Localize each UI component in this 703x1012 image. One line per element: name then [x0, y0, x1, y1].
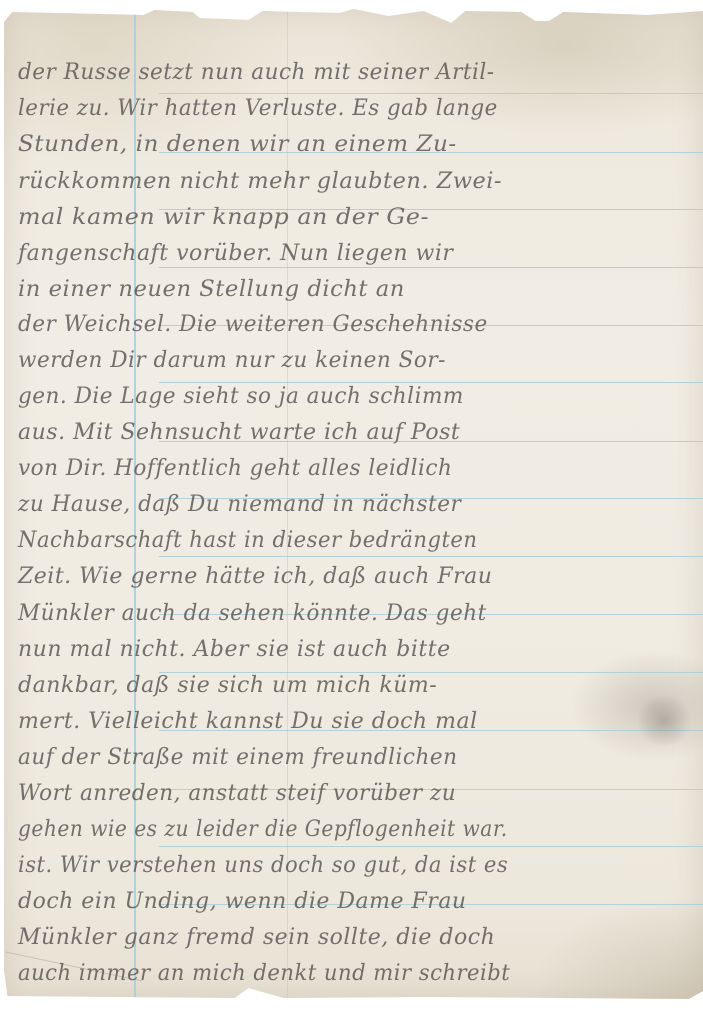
text-line: doch ein Unding, wenn die Dame Frau	[18, 889, 467, 914]
text-line: auch immer an mich denkt und mir schreib…	[18, 961, 510, 986]
text-line: mert. Vielleicht kannst Du sie doch mal	[18, 709, 478, 734]
text-line: auf der Straße mit einem freundlichen	[18, 745, 457, 770]
text-line: werden Dir darum nur zu keinen Sor-	[18, 348, 446, 373]
text-line: Münkler ganz fremd sein sollte, die doch	[18, 925, 495, 950]
text-line: lerie zu. Wir hatten Verluste. Es gab la…	[18, 96, 498, 121]
ruled-line	[159, 556, 703, 557]
text-line: Zeit. Wie gerne hätte ich, daß auch Frau	[18, 564, 492, 589]
text-line: mal kamen wir knapp an der Ge-	[18, 205, 429, 230]
text-line: gehen wie es zu leider die Gepflogenheit…	[18, 817, 508, 842]
text-line: zu Hause, daß Du niemand in nächster	[18, 492, 461, 517]
text-line: Wort anreden, anstatt steif vorüber zu	[18, 781, 456, 806]
text-line: in einer neuen Stellung dicht an	[18, 277, 405, 302]
text-line: Nachbarschaft hast in dieser bedrängten	[18, 528, 477, 553]
text-line: von Dir. Hoffentlich geht alles leidlich	[18, 456, 452, 481]
text-line: der Russe setzt nun auch mit seiner Arti…	[18, 60, 495, 85]
text-line: dankbar, daß sie sich um mich küm-	[18, 673, 437, 698]
text-line: gen. Die Lage sieht so ja auch schlimm	[18, 384, 464, 409]
text-line: Münkler auch da sehen könnte. Das geht	[18, 601, 487, 626]
ruled-line	[159, 93, 703, 94]
text-line: fangenschaft vorüber. Nun liegen wir	[18, 241, 453, 266]
ruled-line	[159, 267, 703, 268]
text-line: aus. Mit Sehnsucht warte ich auf Post	[18, 420, 460, 445]
text-line: nun mal nicht. Aber sie ist auch bitte	[18, 637, 451, 662]
text-line: rückkommen nicht mehr glaubten. Zwei-	[18, 169, 502, 194]
paper-stain	[634, 696, 694, 746]
ruled-line	[159, 846, 703, 847]
ruled-line	[159, 382, 703, 383]
text-line: Stunden, in denen wir an einem Zu-	[18, 132, 457, 157]
text-line: ist. Wir verstehen uns doch so gut, da i…	[18, 853, 508, 878]
text-line: der Weichsel. Die weiteren Geschehnisse	[18, 312, 488, 337]
letter-page: der Russe setzt nun auch mit seiner Arti…	[0, 0, 703, 1012]
